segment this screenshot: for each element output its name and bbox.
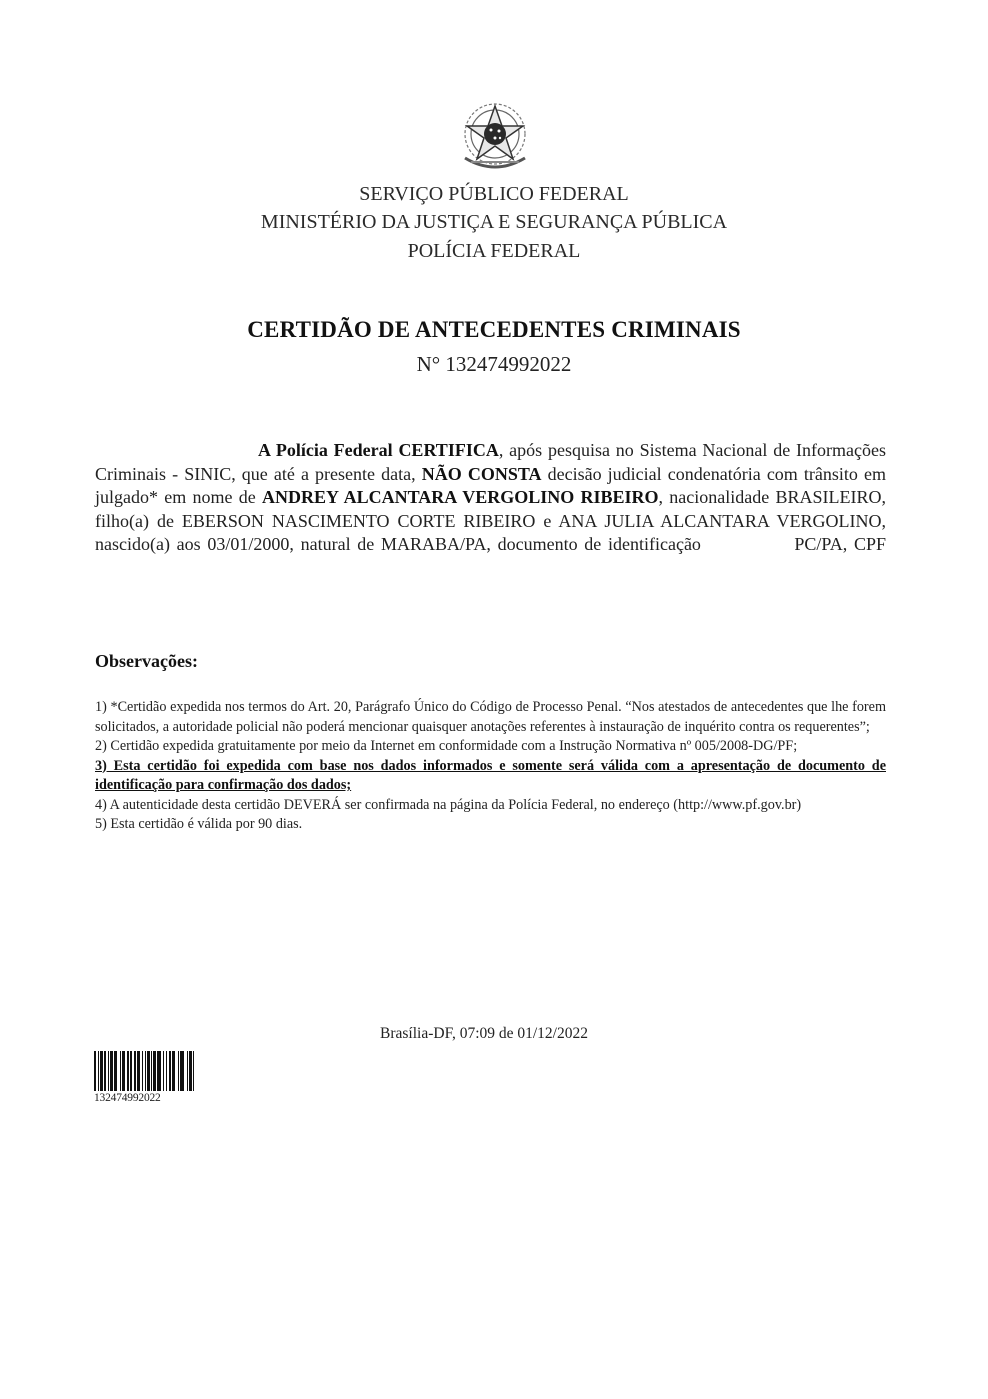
observation-item: 1) *Certidão expedida nos termos do Art.… — [95, 698, 886, 737]
place-date: Brasília-DF, 07:09 de 01/12/2022 — [380, 1025, 588, 1043]
observation-item-emphasized: 3) Esta certidão foi expedida com base n… — [95, 757, 886, 796]
header-line-service: SERVIÇO PÚBLICO FEDERAL — [0, 183, 988, 206]
brazil-coat-of-arms-icon — [451, 96, 539, 176]
certificate-body: A Polícia Federal CERTIFICA, após pesqui… — [95, 439, 886, 580]
observation-item: 4) A autenticidade desta certidão DEVERÁ… — [95, 796, 886, 816]
header-line-police: POLÍCIA FEDERAL — [0, 240, 988, 263]
observations-title: Observações: — [95, 651, 198, 672]
certificate-number: N° 132474992022 — [0, 352, 988, 377]
barcode-number: 132474992022 — [94, 1092, 161, 1104]
not-found-text: NÃO CONSTA — [422, 464, 542, 484]
observation-item: 5) Esta certidão é válida por 90 dias. — [95, 815, 886, 835]
barcode — [94, 1051, 194, 1091]
certificate-title: CERTIDÃO DE ANTECEDENTES CRIMINAIS — [0, 317, 988, 343]
observations-list: 1) *Certidão expedida nos termos do Art.… — [95, 698, 886, 835]
header-line-ministry: MINISTÉRIO DA JUSTIÇA E SEGURANÇA PÚBLIC… — [0, 211, 988, 234]
person-name: ANDREY ALCANTARA VERGOLINO RIBEIRO — [262, 487, 659, 507]
observation-item: 2) Certidão expedida gratuitamente por m… — [95, 737, 886, 757]
certifies-text: A Polícia Federal CERTIFICA — [258, 440, 499, 460]
